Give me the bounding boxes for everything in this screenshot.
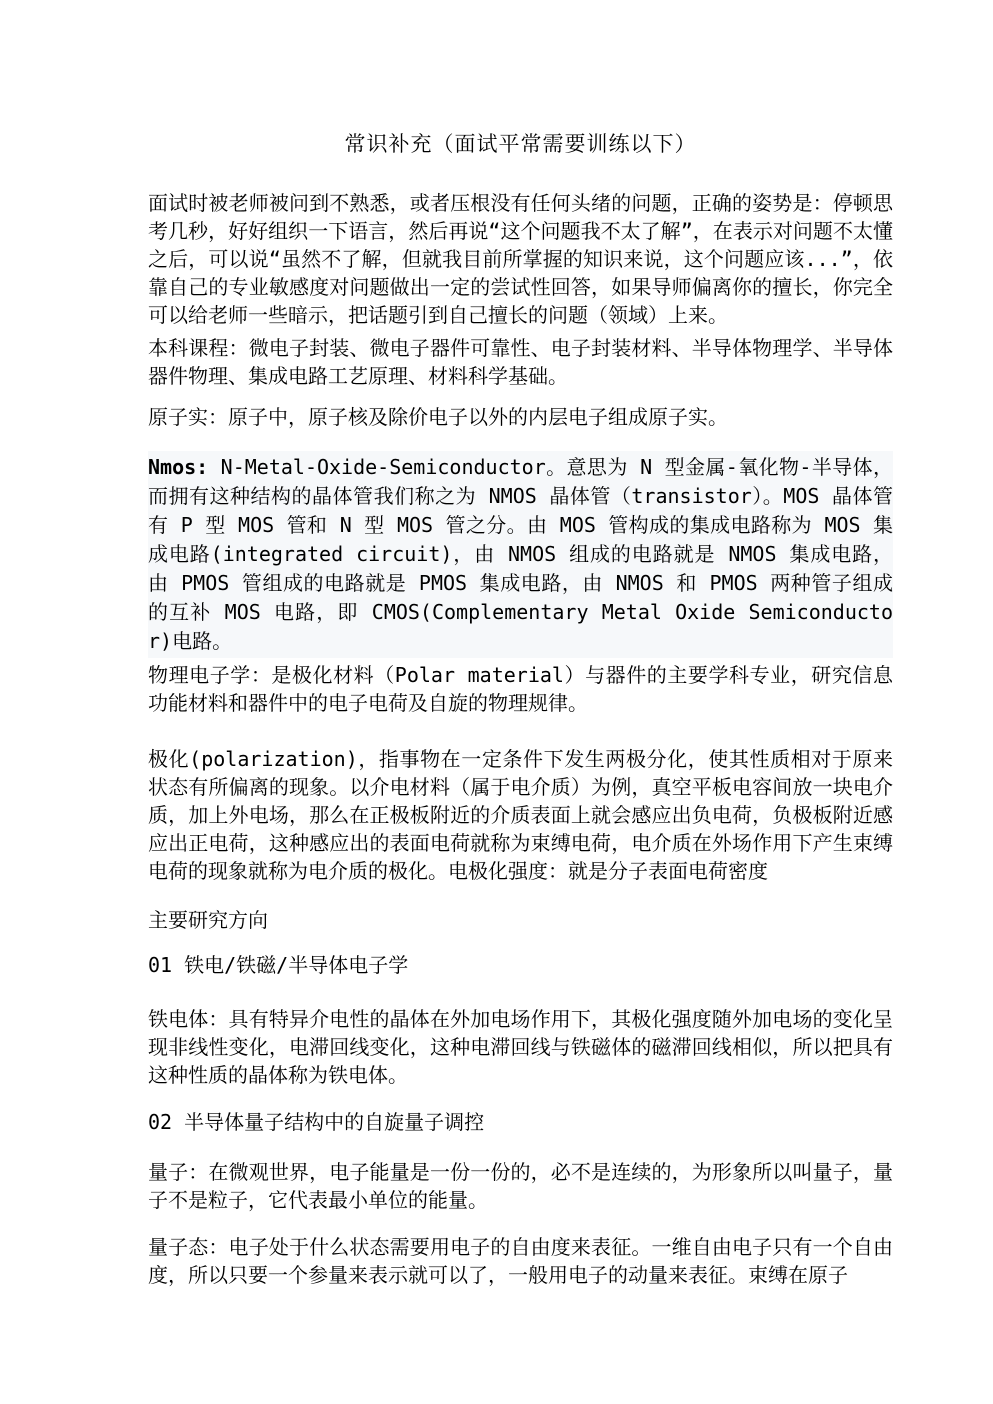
heading-direction-01: 01 铁电/铁磁/半导体电子学 xyxy=(148,951,893,979)
paragraph-physical-electronics: 物理电子学：是极化材料（Polar material）与器件的主要学科专业，研究… xyxy=(148,661,893,717)
paragraph-quantum: 量子：在微观世界，电子能量是一份一份的，必不是连续的，为形象所以叫量子，量子不是… xyxy=(148,1158,893,1214)
heading-research-directions: 主要研究方向 xyxy=(148,906,893,934)
paragraph-polarization: 极化(polarization)，指事物在一定条件下发生两极分化，使其性质相对于… xyxy=(148,745,893,885)
paragraph-quantum-state: 量子态：电子处于什么状态需要用电子的自由度来表征。一维自由电子只有一个自由度，所… xyxy=(148,1233,893,1289)
paragraph-atomic-core: 原子实：原子中，原子核及除价电子以外的内层电子组成原子实。 xyxy=(148,403,893,431)
nmos-definition-text: N-Metal-Oxide-Semiconductor。意思为 N 型金属-氧化… xyxy=(148,455,893,653)
paragraph-nmos-definition: Nmos: N-Metal-Oxide-Semiconductor。意思为 N … xyxy=(148,451,893,658)
document-content: 常识补充（面试平常需要训练以下） 面试时被老师被问到不熟悉，或者压根没有任何头绪… xyxy=(0,131,993,1289)
paragraph-interview-advice: 面试时被老师被问到不熟悉，或者压根没有任何头绪的问题，正确的姿势是：停顿思考几秒… xyxy=(148,189,893,329)
document-title: 常识补充（面试平常需要训练以下） xyxy=(148,131,893,157)
nmos-term: Nmos: xyxy=(148,455,208,479)
document-page: 常识补充（面试平常需要训练以下） 面试时被老师被问到不熟悉，或者压根没有任何头绪… xyxy=(0,0,993,1404)
heading-direction-02: 02 半导体量子结构中的自旋量子调控 xyxy=(148,1108,893,1136)
paragraph-undergrad-courses: 本科课程：微电子封装、微电子器件可靠性、电子封装材料、半导体物理学、半导体器件物… xyxy=(148,334,893,390)
paragraph-ferroelectric: 铁电体：具有特异介电性的晶体在外加电场作用下，其极化强度随外加电场的变化呈现非线… xyxy=(148,1005,893,1089)
